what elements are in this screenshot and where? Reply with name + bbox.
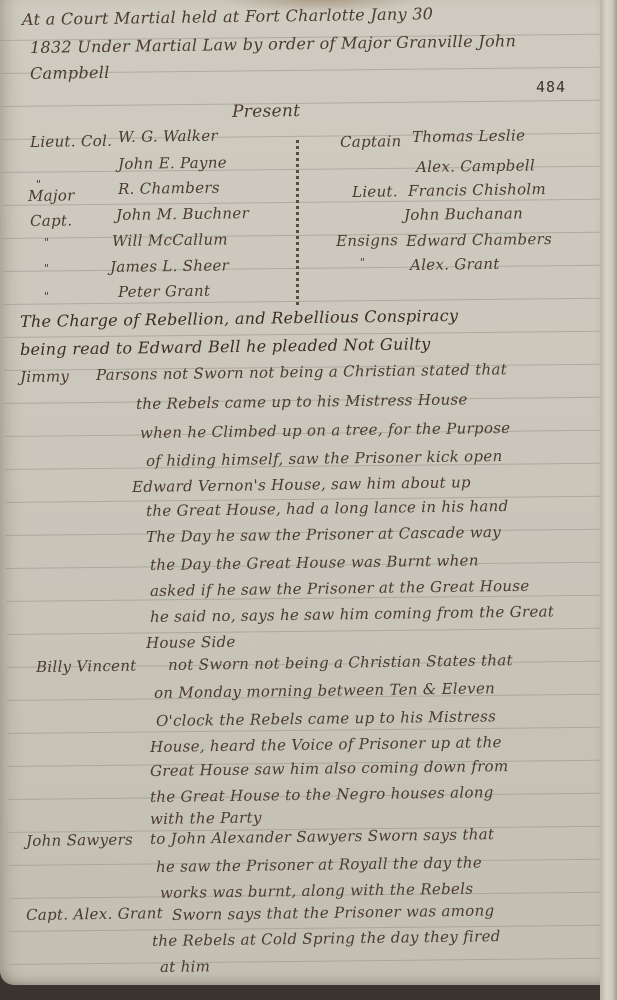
charge-line-2: being read to Edward Bell he pleaded Not…	[20, 334, 431, 359]
heading-line-3: Campbell	[30, 63, 110, 83]
testimony-line: the Rebels came up to his Mistress House	[136, 390, 468, 413]
testimony-line: when he Climbed up on a tree, for the Pu…	[140, 419, 511, 442]
book-binding-edge	[600, 0, 617, 1000]
testimony-line: he saw the Prisoner at Royall the day th…	[156, 853, 482, 876]
testimony-line: the Rebels at Cold Spring the day they f…	[152, 927, 501, 950]
testimony-line: asked if he saw the Prisoner at the Grea…	[150, 577, 530, 600]
member-rank: Captain	[340, 132, 402, 151]
ledger-page: At a Court Martial held at Fort Charlott…	[0, 0, 600, 985]
testimony-line: House, heard the Voice of Prisoner up at…	[150, 733, 502, 756]
member-rank: Lieut.	[352, 182, 398, 201]
member-rank: "	[44, 236, 50, 249]
testimony-line: House Side	[146, 633, 236, 652]
testimony-line: with the Party	[150, 808, 262, 828]
member-name: John M. Buchner	[116, 204, 249, 224]
testimony-line: Edward Vernon's House, saw him about up	[132, 473, 471, 496]
witness-name: Billy Vincent	[36, 657, 137, 676]
member-name: Alex. Grant	[410, 255, 500, 274]
witness-name: Capt. Alex. Grant	[26, 904, 163, 924]
page-number: 484	[536, 78, 566, 96]
member-rank: "	[44, 290, 50, 303]
heading-line-1: At a Court Martial held at Fort Charlott…	[22, 4, 433, 29]
testimony-line: of hiding himself, saw the Prisoner kick…	[146, 447, 503, 470]
bracket-divider	[296, 140, 301, 305]
testimony-line: the Day the Great House was Burnt when	[150, 551, 479, 574]
heading-line-2: 1832 Under Martial Law by order of Major…	[30, 31, 516, 57]
member-name: James L. Sheer	[110, 256, 229, 276]
member-rank: Major	[28, 186, 75, 205]
member-rank: Lieut. Col.	[30, 132, 112, 151]
member-name: Peter Grant	[118, 282, 210, 301]
testimony-line: Sworn says that the Prisoner was among	[172, 901, 495, 924]
testimony-line: Parsons not Sworn not being a Christian …	[96, 360, 507, 384]
testimony-line: at him	[160, 957, 210, 976]
witness-name: Jimmy	[20, 367, 69, 386]
witness-name: John Sawyers	[26, 831, 133, 850]
member-name: John Buchanan	[404, 204, 523, 224]
member-name: Thomas Leslie	[412, 126, 525, 146]
member-name: Francis Chisholm	[408, 180, 546, 200]
section-title: Present	[232, 101, 301, 122]
testimony-line: works was burnt, along with the Rebels	[160, 880, 474, 902]
testimony-line: he said no, says he saw him coming from …	[150, 602, 554, 626]
member-name: John E. Payne	[118, 153, 227, 173]
testimony-line: The Day he saw the Prisoner at Cascade w…	[146, 523, 501, 546]
testimony-line: on Monday morning between Ten & Eleven	[154, 679, 495, 702]
member-name: Alex. Campbell	[416, 156, 535, 176]
member-name: Will McCallum	[112, 230, 228, 250]
member-name: W. G. Walker	[118, 127, 218, 146]
member-rank: Ensigns	[336, 231, 398, 250]
testimony-line: the Great House to the Negro houses alon…	[150, 783, 494, 806]
testimony-line: not Sworn not being a Christian States t…	[168, 651, 513, 674]
testimony-line: O'clock the Rebels came up to his Mistre…	[156, 707, 496, 730]
member-rank: "	[360, 256, 366, 269]
member-name: Edward Chambers	[406, 230, 552, 250]
member-rank: Capt.	[30, 211, 73, 230]
member-name: R. Chambers	[118, 179, 220, 198]
testimony-line: Great House saw him also coming down fro…	[150, 757, 509, 780]
member-rank: "	[44, 262, 50, 275]
testimony-line: to John Alexander Sawyers Sworn says tha…	[150, 825, 494, 848]
testimony-line: the Great House, had a long lance in his…	[146, 497, 509, 520]
charge-line-1: The Charge of Rebellion, and Rebellious …	[20, 306, 459, 331]
